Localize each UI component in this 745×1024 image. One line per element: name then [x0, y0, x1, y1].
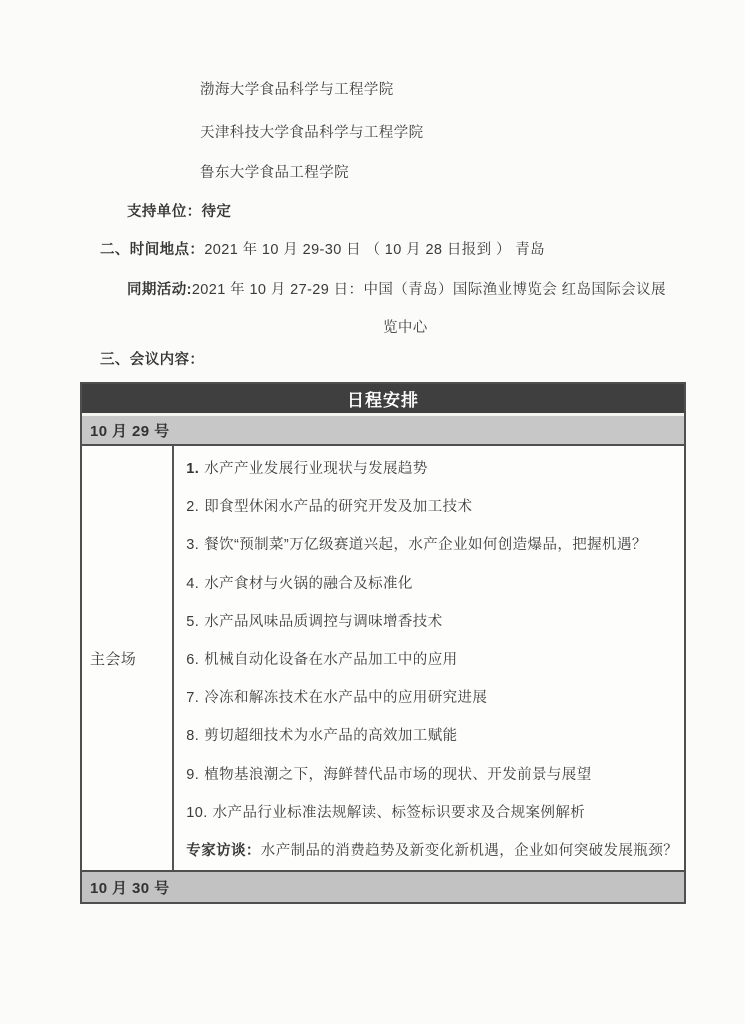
organizer-line-1: 渤海大学食品科学与工程学院 — [200, 80, 394, 100]
agenda-item-number: 8. — [186, 728, 199, 744]
agenda-item-number: 5. — [186, 614, 199, 630]
agenda-item-text: 即食型休闲水产品的研究开发及加工技术 — [204, 499, 472, 515]
support-unit-line: 支持单位：待定 — [127, 202, 231, 222]
concurrent-activity-value: 2021 年 10 月 27-29 日：中国（青岛）国际渔业博览会 红岛国际会议… — [192, 282, 666, 298]
agenda-item-text: 机械自动化设备在水产品加工中的应用 — [204, 652, 457, 668]
agenda-item-2: 2.即食型休闲水产品的研究开发及加工技术 — [186, 488, 678, 526]
day-row-oct-30: 10 月 30 号 — [82, 872, 684, 902]
agenda-item-number: 9. — [186, 767, 199, 783]
agenda-item-number: 2. — [186, 499, 199, 515]
venue-cell: 主会场 — [82, 446, 174, 870]
agenda-item-3: 3.餐饮“预制菜”万亿级赛道兴起，水产企业如何创造爆品，把握机遇？ — [186, 526, 678, 564]
organizer-line-2: 天津科技大学食品科学与工程学院 — [200, 123, 424, 143]
section-time-place-label: 二、时间地点： — [100, 242, 204, 258]
schedule-table: 日程安排 10 月 29 号 主会场 1.水产产业发展行业现状与发展趋势 2.即… — [80, 382, 686, 904]
agenda-item-4: 4.水产食材与火锅的融合及标准化 — [186, 565, 678, 603]
support-unit-label: 支持单位： — [127, 204, 202, 220]
agenda-item-text: 水产品风味品质调控与调味增香技术 — [204, 614, 442, 630]
agenda-item-text: 水产品行业标准法规解读、标签标识要求及合规案例解析 — [213, 805, 586, 821]
expert-interview-text: 水产制品的消费趋势及新变化新机遇，企业如何突破发展瓶颈？ — [261, 843, 678, 859]
support-unit-value: 待定 — [202, 204, 232, 220]
agenda-item-6: 6.机械自动化设备在水产品加工中的应用 — [186, 641, 678, 679]
agenda-item-number: 10. — [186, 805, 207, 821]
agenda-item-10: 10.水产品行业标准法规解读、标签标识要求及合规案例解析 — [186, 794, 678, 832]
agenda-item-number: 1. — [186, 461, 199, 477]
section-content-heading: 三、会议内容： — [100, 350, 204, 370]
agenda-item-9: 9.植物基浪潮之下，海鲜替代品市场的现状、开发前景与展望 — [186, 756, 678, 794]
day-row-oct-29: 10 月 29 号 — [82, 416, 684, 446]
concurrent-activity-wrap-line: 览中心 — [383, 318, 428, 338]
agenda-item-text: 冷冻和解冻技术在水产品中的应用研究进展 — [204, 690, 487, 706]
organizer-line-3: 鲁东大学食品工程学院 — [200, 163, 349, 183]
expert-interview-line: 专家访谈：水产制品的消费趋势及新变化新机遇，企业如何突破发展瓶颈？ — [186, 832, 678, 870]
agenda-item-5: 5.水产品风味品质调控与调味增香技术 — [186, 603, 678, 641]
agenda-item-text: 剪切超细技术为水产品的高效加工赋能 — [204, 728, 457, 744]
agenda-item-text: 水产产业发展行业现状与发展趋势 — [204, 461, 428, 477]
agenda-item-number: 6. — [186, 652, 199, 668]
agenda-item-number: 3. — [186, 537, 199, 553]
section-content-label: 三、会议内容： — [100, 352, 204, 368]
agenda-item-1: 1.水产产业发展行业现状与发展趋势 — [186, 450, 678, 488]
agenda-item-number: 4. — [186, 576, 199, 592]
agenda-item-7: 7.冷冻和解冻技术在水产品中的应用研究进展 — [186, 679, 678, 717]
schedule-table-title: 日程安排 — [82, 384, 684, 416]
section-time-place-value: 2021 年 10 月 29-30 日 （ 10 月 28 日报到 ） 青岛 — [204, 242, 545, 258]
agenda-item-8: 8.剪切超细技术为水产品的高效加工赋能 — [186, 717, 678, 755]
concurrent-activity-line: 同期活动:2021 年 10 月 27-29 日：中国（青岛）国际渔业博览会 红… — [127, 280, 666, 300]
concurrent-activity-label: 同期活动: — [127, 282, 192, 298]
agenda-item-text: 水产食材与火锅的融合及标准化 — [204, 576, 413, 592]
section-time-place-line: 二、时间地点：2021 年 10 月 29-30 日 （ 10 月 28 日报到… — [100, 240, 545, 260]
document-page: 渤海大学食品科学与工程学院 天津科技大学食品科学与工程学院 鲁东大学食品工程学院… — [0, 0, 745, 1024]
agenda-item-number: 7. — [186, 690, 199, 706]
main-session-row: 主会场 1.水产产业发展行业现状与发展趋势 2.即食型休闲水产品的研究开发及加工… — [82, 446, 684, 872]
agenda-list: 1.水产产业发展行业现状与发展趋势 2.即食型休闲水产品的研究开发及加工技术 3… — [174, 446, 684, 870]
agenda-item-text: 植物基浪潮之下，海鲜替代品市场的现状、开发前景与展望 — [204, 767, 591, 783]
agenda-item-text: 餐饮“预制菜”万亿级赛道兴起，水产企业如何创造爆品，把握机遇？ — [204, 537, 647, 553]
expert-interview-label: 专家访谈： — [186, 843, 261, 859]
